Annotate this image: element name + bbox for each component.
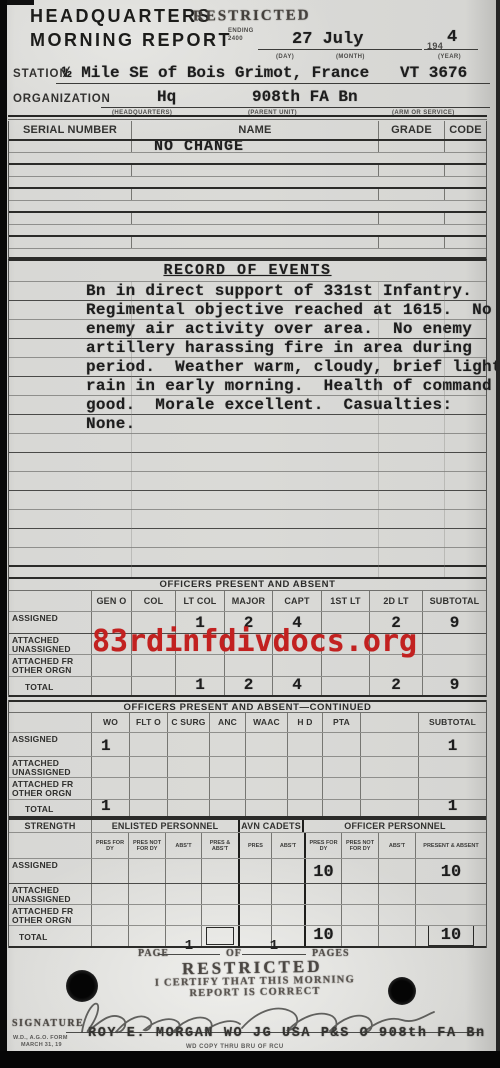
record-of-events-section: RECORD OF EVENTS Bn in direct support of…	[8, 259, 487, 577]
ruled-row	[9, 434, 486, 453]
officers-table-title: OFFICERS PRESENT AND ABSENT	[9, 577, 486, 591]
officer-total-box-cell: 10	[415, 926, 486, 946]
sub-enl-pres-abst: PRES & ABS'T	[201, 833, 238, 858]
roster-header-row: SERIAL NUMBER NAME GRADE CODE	[9, 121, 486, 141]
column-rule	[131, 282, 132, 578]
row-label-attached-fr-other: ATTACHED FR OTHER ORGN	[9, 905, 91, 925]
value-subtotal: 9	[422, 612, 486, 633]
col-c-surg: C SURG	[167, 713, 209, 732]
col-subtotal: SUBTOTAL	[422, 591, 486, 611]
col-name: NAME	[131, 121, 378, 139]
website-watermark: 83rdinfdivdocs.org	[92, 624, 417, 659]
divider	[8, 115, 487, 117]
ruled-row	[9, 548, 486, 567]
sub-enl-abst: ABS'T	[165, 833, 201, 858]
row-label-assigned: ASSIGNED	[9, 859, 91, 883]
sub-off-present-absent: PRESENT & ABSENT	[415, 833, 486, 858]
station-value: ½ Mile SE of Bois Grimot, France	[62, 64, 369, 82]
sub-avn-abst: ABS'T	[271, 833, 304, 858]
sub-enl-pres-for-dy: PRES FOR DY	[91, 833, 128, 858]
row-label-assigned: ASSIGNED	[9, 733, 91, 756]
organization-headquarters: Hq	[157, 88, 176, 106]
sub-off-pres-for-dy: PRES FOR DY	[304, 833, 341, 858]
strength-attached-fr-other-row: ATTACHED FR OTHER ORGN	[9, 905, 486, 926]
record-line: good. Morale excellent. Casualties:	[9, 396, 486, 415]
col-anc: ANC	[209, 713, 245, 732]
year-label: (YEAR)	[438, 54, 461, 60]
record-line: Bn in direct support of 331st Infantry.	[9, 282, 486, 301]
roster-entry-row: NO CHANGE	[9, 141, 486, 153]
col-wo: WO	[91, 713, 129, 732]
record-line: Regimental objective reached at 1615. No	[9, 301, 486, 320]
form-title-headquarters: HEADQUARTERS	[30, 6, 212, 27]
strength-assigned-row: ASSIGNED 10 10	[9, 859, 486, 884]
officers-continued-table: OFFICERS PRESENT AND ABSENT—CONTINUED WO…	[8, 700, 487, 818]
row-label-total: TOTAL	[9, 926, 91, 946]
col-subtotal: SUBTOTAL	[418, 713, 486, 732]
total-subtotal: 9	[422, 677, 486, 695]
col-waac: WAAC	[245, 713, 287, 732]
officers-total-row: TOTAL 1 2 4 2 9	[9, 677, 486, 697]
value-off-pres-for-dy: 10	[304, 859, 341, 883]
roster-entry-no-change: NO CHANGE	[131, 141, 378, 152]
station-grid-ref: VT 3676	[400, 64, 467, 82]
col-col: COL	[131, 591, 175, 611]
cell-grade	[378, 141, 444, 152]
scan-edge-left	[0, 0, 7, 1068]
ruled-row	[9, 510, 486, 529]
document-paper: HEADQUARTERS RESTRICTED MORNING REPORT E…	[0, 0, 500, 1052]
sub-avn-pres: PRES	[238, 833, 271, 858]
row-label-attached-fr-other: ATTACHED FR OTHER ORGN	[9, 655, 91, 676]
restricted-stamp-top: RESTRICTED	[193, 7, 311, 25]
group-enlisted-personnel: ENLISTED PERSONNEL	[91, 820, 238, 832]
cell-code	[444, 141, 486, 152]
record-line: artillery harassing fire in area during	[9, 339, 486, 358]
divider	[8, 119, 487, 120]
ruled-row	[9, 472, 486, 491]
col-gen-o: GEN O	[91, 591, 131, 611]
ruled-row	[9, 165, 486, 177]
col-code: CODE	[444, 121, 486, 139]
record-line: period. Weather warm, cloudy, brief ligh…	[9, 358, 486, 377]
boxed-total-value: 10	[428, 926, 474, 946]
col-major: MAJOR	[224, 591, 272, 611]
total-wo: 1	[91, 800, 129, 816]
form-print-line1: W.D., A.G.O. FORM	[13, 1035, 68, 1042]
record-of-events-title-row: RECORD OF EVENTS	[9, 261, 486, 282]
sub-enl-pres-not-for-dy: PRES NOT FOR DY	[128, 833, 165, 858]
col-lt-col: LT COL	[175, 591, 224, 611]
organization-parent-unit: 908th FA Bn	[252, 88, 358, 106]
col-h-d: H D	[287, 713, 322, 732]
ruled-row	[9, 177, 486, 189]
form-title-morning-report: MORNING REPORT	[30, 30, 232, 51]
row-label-attached-fr-other: ATTACHED FR OTHER ORGN	[9, 778, 91, 799]
record-line: enemy air activity over area. No enemy	[9, 320, 486, 339]
total-2d-lt: 2	[369, 677, 422, 695]
ruled-row	[9, 453, 486, 472]
organization-label: ORGANIZATION	[13, 93, 111, 105]
col-pta: PTA	[322, 713, 360, 732]
total-capt: 4	[272, 677, 321, 695]
date-value: 27 July	[292, 30, 363, 49]
column-rule	[378, 282, 379, 578]
row-label-attached-unassigned: ATTACHED UNASSIGNED	[9, 884, 91, 904]
continued-attached-unassigned-row: ATTACHED UNASSIGNED	[9, 757, 486, 778]
col-1st-lt: 1ST LT	[321, 591, 369, 611]
signature-handwriting	[72, 988, 442, 1046]
total-major: 2	[224, 677, 272, 695]
blank-header	[9, 591, 91, 611]
no-change-text: NO CHANGE	[154, 141, 244, 152]
form-number-print: W.D., A.G.O. FORM MARCH 31, 19	[13, 1035, 68, 1048]
page-number: 1	[158, 938, 220, 955]
record-line: rain in early morning. Health of command	[9, 377, 486, 396]
group-avn-cadets: AVN CADETS	[238, 820, 304, 832]
ruled-row	[9, 249, 486, 259]
ruled-row	[9, 529, 486, 548]
scanned-morning-report: HEADQUARTERS RESTRICTED MORNING REPORT E…	[0, 0, 500, 1068]
ruled-row	[9, 189, 486, 201]
sub-off-abst: ABS'T	[378, 833, 415, 858]
strength-label: STRENGTH	[9, 820, 91, 832]
officers-continued-title: OFFICERS PRESENT AND ABSENT—CONTINUED	[9, 700, 486, 713]
scan-edge-right	[496, 0, 500, 1068]
record-line: None.	[9, 415, 486, 434]
col-grade: GRADE	[378, 121, 444, 139]
day-label: (DAY)	[276, 54, 294, 60]
scan-edge-bottom	[0, 1051, 500, 1068]
ruled-row	[9, 153, 486, 165]
form-print-line2: MARCH 31, 19	[13, 1042, 68, 1049]
value-wo: 1	[91, 733, 129, 756]
row-label-assigned: ASSIGNED	[9, 612, 91, 633]
row-label-total: TOTAL	[9, 800, 91, 816]
month-label: (MONTH)	[336, 54, 365, 60]
strength-subheader-row: PRES FOR DY PRES NOT FOR DY ABS'T PRES &…	[9, 833, 486, 859]
officers-header-row: GEN O COL LT COL MAJOR CAPT 1ST LT 2D LT…	[9, 591, 486, 612]
officers-continued-header-row: WO FLT O C SURG ANC WAAC H D PTA SUBTOTA…	[9, 713, 486, 733]
col-2d-lt: 2D LT	[369, 591, 422, 611]
row-label-attached-unassigned: ATTACHED UNASSIGNED	[9, 634, 91, 654]
total-lt-col: 1	[175, 677, 224, 695]
col-flt-o: FLT O	[129, 713, 167, 732]
strength-table: STRENGTH ENLISTED PERSONNEL AVN CADETS O…	[8, 818, 487, 948]
ending-time: 2400	[228, 36, 243, 42]
row-label-attached-unassigned: ATTACHED UNASSIGNED	[9, 757, 91, 777]
total-off-pres-for-dy: 10	[304, 926, 341, 946]
continued-total-row: TOTAL 1 1	[9, 800, 486, 818]
ruled-row	[9, 213, 486, 225]
year-underline	[424, 34, 478, 50]
roster-table: SERIAL NUMBER NAME GRADE CODE NO CHANGE	[8, 121, 487, 259]
column-rule	[444, 282, 445, 578]
continued-assigned-row: ASSIGNED 1 1	[9, 733, 486, 757]
row-label-total: TOTAL	[9, 677, 91, 695]
ruled-row	[9, 225, 486, 237]
ending-label: ENDING	[228, 28, 254, 34]
value-off-present-absent: 10	[415, 859, 486, 883]
record-of-events-title: RECORD OF EVENTS	[163, 262, 331, 279]
total-subtotal: 1	[418, 800, 486, 816]
strength-group-header: STRENGTH ENLISTED PERSONNEL AVN CADETS O…	[9, 818, 486, 833]
cell-serial	[9, 141, 131, 152]
group-officer-personnel: OFFICER PERSONNEL	[304, 820, 486, 832]
ruled-row	[9, 491, 486, 510]
continued-attached-fr-other-row: ATTACHED FR OTHER ORGN	[9, 778, 486, 800]
value-subtotal: 1	[418, 733, 486, 756]
sub-off-pres-not-for-dy: PRES NOT FOR DY	[341, 833, 378, 858]
ruled-row	[9, 237, 486, 249]
strength-attached-unassigned-row: ATTACHED UNASSIGNED	[9, 884, 486, 905]
col-serial-number: SERIAL NUMBER	[9, 121, 131, 139]
col-capt: CAPT	[272, 591, 321, 611]
ruled-row	[9, 201, 486, 213]
col-blank	[360, 713, 418, 732]
total-pages: 1	[242, 938, 306, 955]
